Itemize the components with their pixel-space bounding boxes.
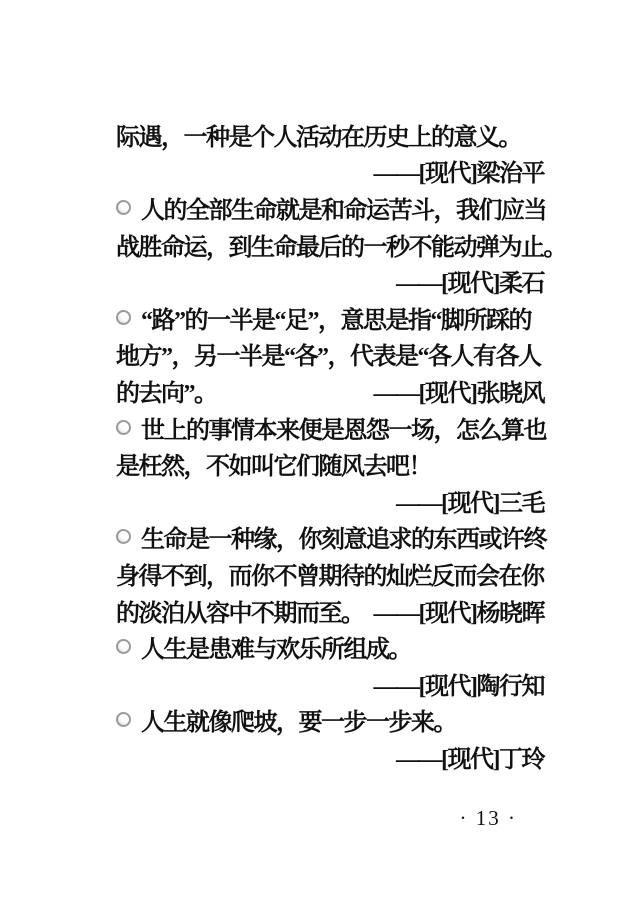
quote-text: 生命是一种缘，你刻意追求的东西或许终 <box>141 519 546 554</box>
quote-text: 世上的事情本来便是恩怨一场，怎么算也 <box>141 410 546 445</box>
attribution-line: ——[现代]梁治平 <box>116 153 544 190</box>
quote-text: “路”的一半是“足”，意思是指“脚所踩的 <box>141 300 531 335</box>
quote-line: 世上的事情本来便是恩怨一场，怎么算也 <box>116 409 544 446</box>
text-line: 地方”，另一半是“各”，代表是“各人有各人 <box>116 336 544 373</box>
quote-end-with-attribution-line: 的去向”。 ——[现代]张晓风 <box>116 372 544 409</box>
attribution-line: ——[现代]柔石 <box>116 262 544 299</box>
page-number: · 13 · <box>460 806 518 831</box>
circle-bullet-icon <box>116 420 131 435</box>
attribution-line: ——[现代]三毛 <box>116 482 544 519</box>
quote-line: 人生是患难与欢乐所组成。 <box>116 628 544 665</box>
text-line: 身得不到，而你不曾期待的灿烂反而会在你 <box>116 555 544 592</box>
circle-bullet-icon <box>116 639 131 654</box>
text-line: 际遇，一种是个人活动在历史上的意义。 <box>116 116 544 153</box>
quote-text: 人生就像爬坡，要一步一步来。 <box>141 702 456 737</box>
quote-text: 的去向”。 <box>116 373 217 408</box>
attribution-line: ——[现代]陶行知 <box>116 665 544 702</box>
quote-text: 人生是患难与欢乐所组成。 <box>141 629 411 664</box>
quote-end-with-attribution-line: 的淡泊从容中不期而至。 ——[现代]杨晓晖 <box>116 592 544 629</box>
text-line: 战胜命运，到生命最后的一秒不能动弹为止。 <box>116 226 544 263</box>
attribution-text: ——[现代]杨晓晖 <box>374 593 544 628</box>
quote-line: 生命是一种缘，你刻意追求的东西或许终 <box>116 519 544 556</box>
attribution-line: ——[现代]丁玲 <box>116 738 544 775</box>
book-page: 际遇，一种是个人活动在历史上的意义。 ——[现代]梁治平 人的全部生命就是和命运… <box>0 0 638 914</box>
text-line: 是枉然，不如叫它们随风去吧！ <box>116 445 544 482</box>
attribution-text: ——[现代]张晓风 <box>374 373 544 408</box>
quote-line: 人的全部生命就是和命运苦斗，我们应当 <box>116 189 544 226</box>
circle-bullet-icon <box>116 712 131 727</box>
circle-bullet-icon <box>116 529 131 544</box>
circle-bullet-icon <box>116 310 131 325</box>
quote-line: “路”的一半是“足”，意思是指“脚所踩的 <box>116 299 544 336</box>
text-block: 际遇，一种是个人活动在历史上的意义。 ——[现代]梁治平 人的全部生命就是和命运… <box>116 116 544 775</box>
quote-text: 人的全部生命就是和命运苦斗，我们应当 <box>141 190 546 225</box>
quote-text: 的淡泊从容中不期而至。 <box>116 593 364 628</box>
circle-bullet-icon <box>116 200 131 215</box>
quote-line: 人生就像爬坡，要一步一步来。 <box>116 702 544 739</box>
